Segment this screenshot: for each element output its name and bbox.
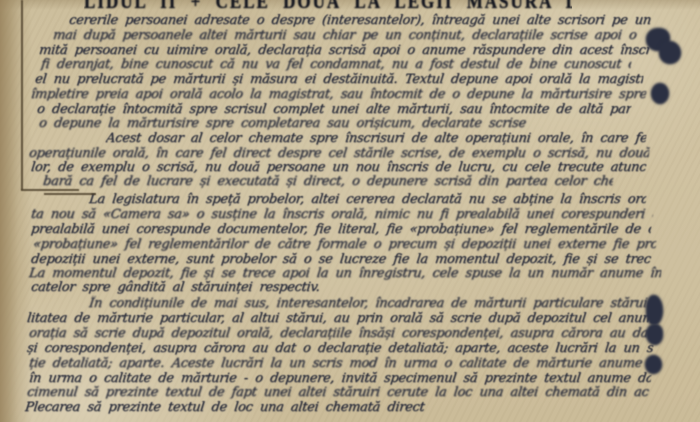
- handwriting-line: împletire preia apoi orală acolo la magi…: [30, 87, 647, 103]
- ink-blob: [646, 295, 663, 325]
- document-heading-cutoff: LIDUL II + CELE DOUĂ LA LEGII MĂSURA DIN…: [84, 0, 572, 13]
- handwriting-line: ție detaliată; aparte. Aceste lucrări la…: [28, 356, 657, 372]
- ink-blob: [645, 355, 662, 374]
- scanned-document-page: LIDUL II + CELE DOUĂ LA LEGII MĂSURA DIN…: [0, 0, 700, 422]
- handwriting-line: Acest dosar al celor chemate spre înscri…: [105, 131, 647, 147]
- handwriting-line: mai după persoanele altei mărturii sau c…: [52, 28, 642, 44]
- handwriting-line: În condițiunile de mai sus, interesantel…: [88, 296, 657, 312]
- margin-box-bottom-line: [21, 189, 79, 191]
- handwriting-line: și corespondenței, asupra cărora au dat …: [26, 341, 654, 357]
- handwriting-line: litatea de mărturie particular, al altui…: [26, 311, 657, 327]
- handwriting-line: el nu prelucrată pe mărturii și măsura e…: [34, 72, 644, 88]
- handwriting-line: cimenul să prezinte textul de fapt unei …: [26, 385, 650, 401]
- ink-blob: [646, 324, 663, 345]
- handwriting-line: «probațiune» fel reglementărilor de cătr…: [32, 237, 657, 253]
- margin-box-vertical-line: [21, 0, 23, 190]
- handwriting-line: Plecarea să prezinte textul de loc una a…: [24, 400, 620, 416]
- handwriting-line: ta nou să «Camera sa» o susține la înscr…: [30, 207, 654, 223]
- handwriting-line: o depune la mărturisire spre completarea…: [38, 116, 574, 132]
- handwriting-line: prealabilă unei corespunde documentelor,…: [30, 222, 652, 238]
- handwriting-line: bară ca fel de lucrare și executată și d…: [42, 174, 614, 190]
- margin-box-bottom-dash: [44, 193, 96, 195]
- handwriting-line: La legislatura în speță probelor, altei …: [88, 192, 647, 208]
- handwriting-line: orația să scrie după depozitul orală, de…: [28, 326, 660, 342]
- heading-text: LIDUL II + CELE DOUĂ LA LEGII MĂSURA DIN…: [84, 0, 572, 13]
- handwriting-line: catelor spre gândită al stăruinței respe…: [30, 280, 457, 296]
- ink-blob: [659, 41, 681, 64]
- ink-blob: [651, 83, 669, 104]
- handwriting-line: fi deranjat, bine cunoscut că nu va fel …: [40, 57, 632, 73]
- handwriting-line: cererile persoanei adresate o despre (in…: [68, 13, 657, 29]
